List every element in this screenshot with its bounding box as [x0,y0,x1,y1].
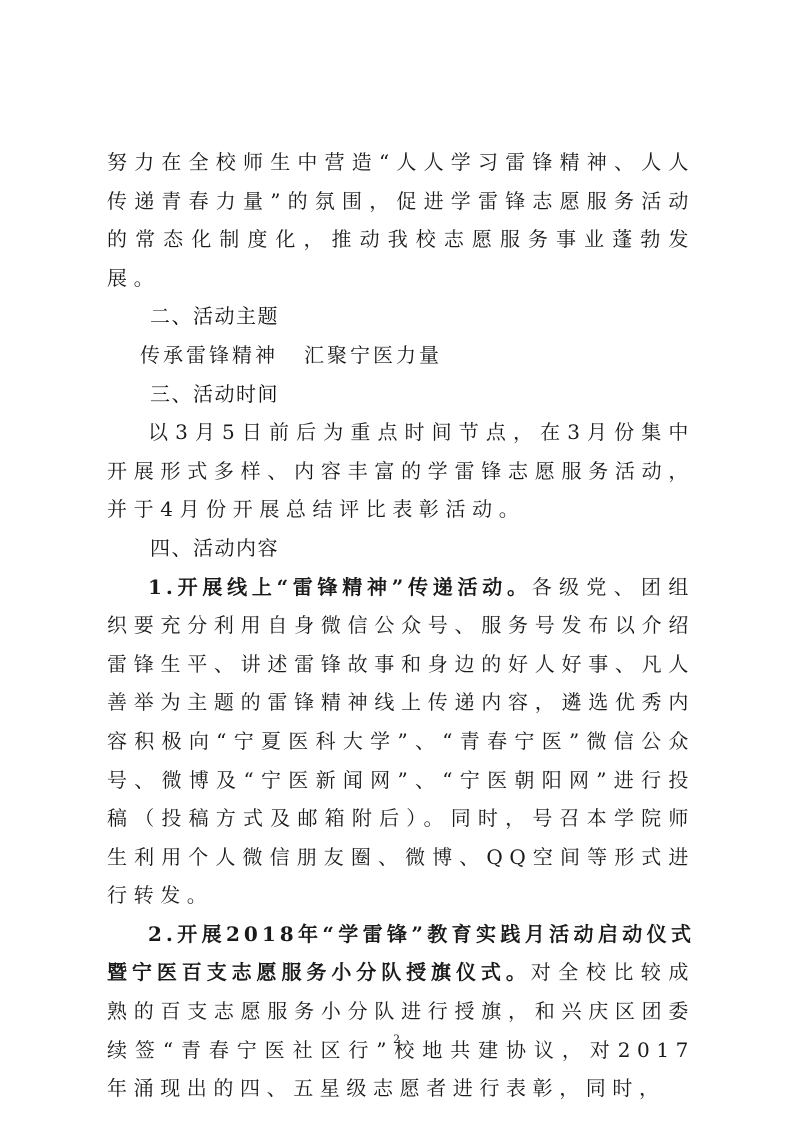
page-number: 2 [0,1031,793,1047]
paragraph-item-2: 2.开展2018年“学雷锋”教育实践月活动启动仪式暨宁医百支志愿服务小分队授旗仪… [107,915,695,1108]
paragraph-activity-time: 以3月5日前后为重点时间节点，在3月份集中开展形式多样、内容丰富的学雷锋志愿服务… [107,413,695,529]
item-1-body: 各级党、团组织要充分利用自身微信公众号、服务号发布以介绍雷锋生平、讲述雷锋故事和… [107,575,695,908]
section-heading-theme: 二、活动主题 [107,297,695,336]
document-page: 努力在全校师生中营造“人人学习雷锋精神、人人传递青春力量”的氛围，促进学雷锋志愿… [0,0,793,1122]
document-body: 努力在全校师生中营造“人人学习雷锋精神、人人传递青春力量”的氛围，促进学雷锋志愿… [107,143,695,1108]
section-heading-time: 三、活动时间 [107,375,695,414]
section-heading-content: 四、活动内容 [107,529,695,568]
theme-part-2: 汇聚宁医力量 [304,343,442,367]
theme-part-1: 传承雷锋精神 [140,343,278,367]
paragraph-item-1: 1.开展线上“雷锋精神”传递活动。各级党、团组织要充分利用自身微信公众号、服务号… [107,568,695,915]
paragraph-intro-continuation: 努力在全校师生中营造“人人学习雷锋精神、人人传递青春力量”的氛围，促进学雷锋志愿… [107,143,695,297]
item-1-title: 1.开展线上“雷锋精神”传递活动。 [148,575,532,599]
activity-theme: 传承雷锋精神汇聚宁医力量 [107,336,695,375]
